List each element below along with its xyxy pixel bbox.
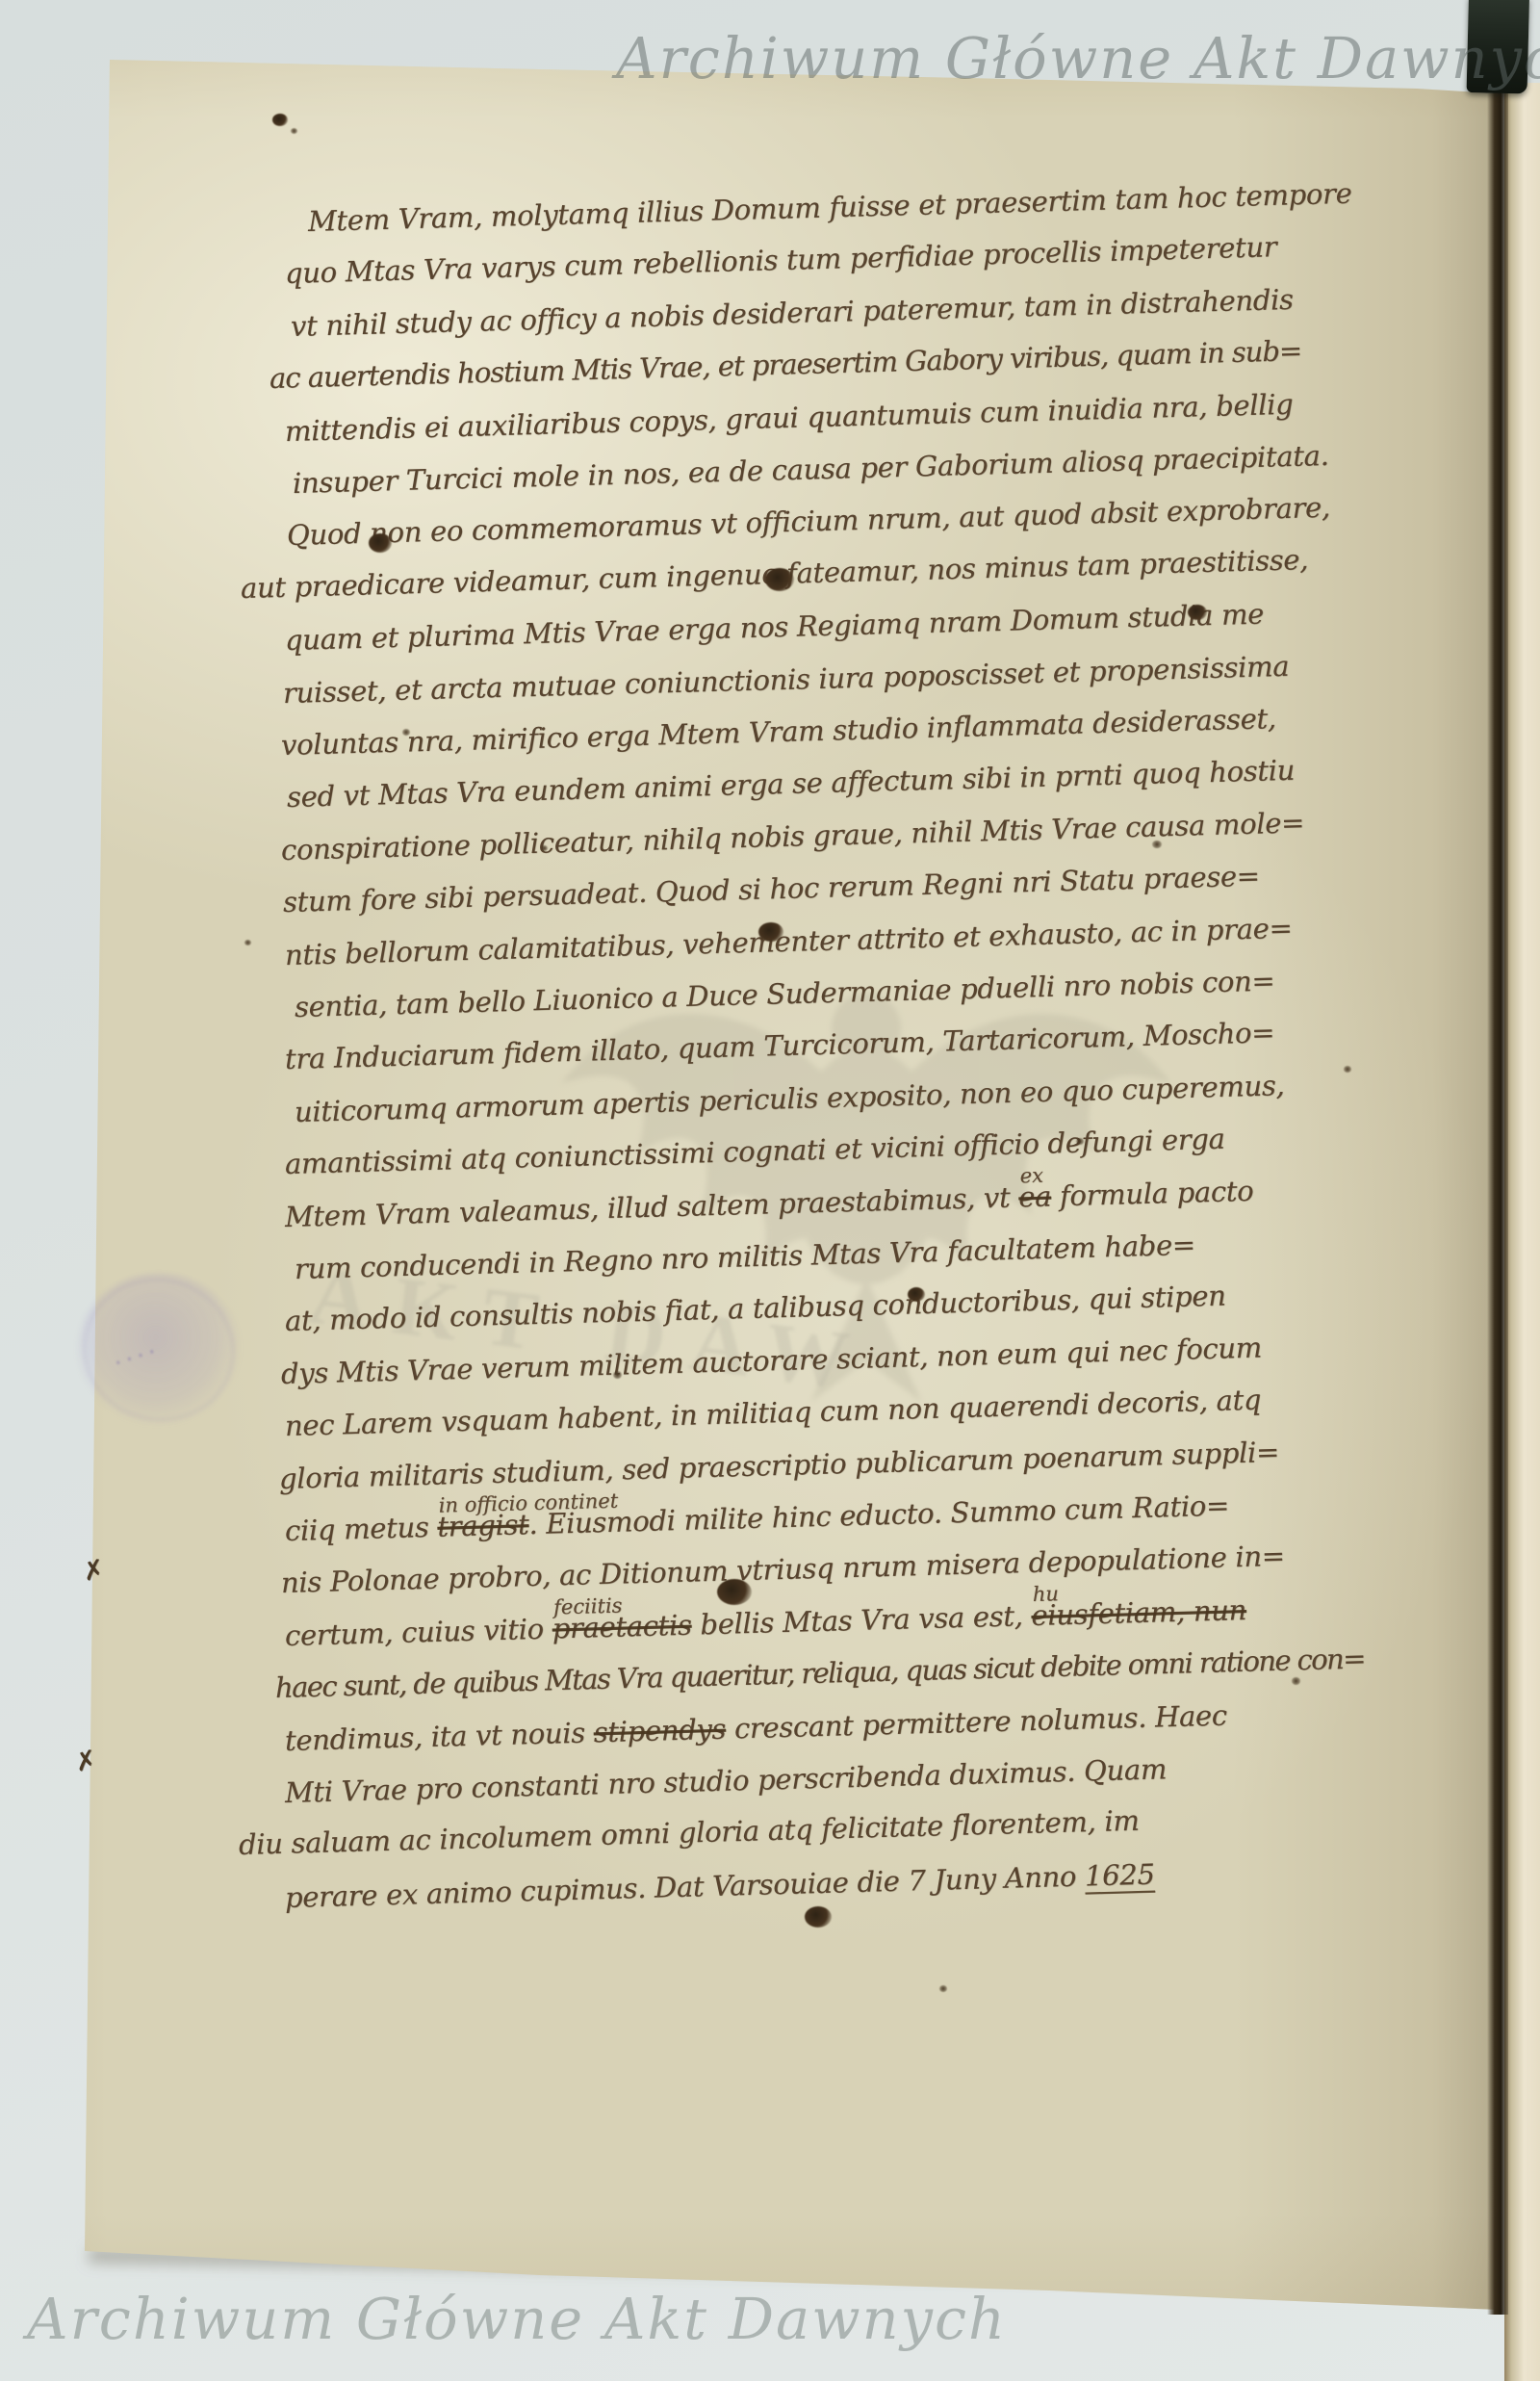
- ink-speck: [244, 940, 251, 945]
- ink-blot: [717, 1579, 752, 1605]
- ink-speck: [1344, 1066, 1351, 1073]
- manuscript-line: stum fore sibi persuadeat. Quod si hoc r…: [283, 860, 1261, 919]
- manuscript-line: gloria militaris studium, sed praescript…: [279, 1435, 1280, 1494]
- ink-blot: [1188, 605, 1207, 620]
- manuscript-line: sed vt Mtas Vra eundem animi erga se aff…: [287, 754, 1296, 814]
- ink-speck: [402, 729, 410, 736]
- ink-blot: [272, 114, 288, 126]
- ink-speck: [1076, 1138, 1084, 1145]
- ink-speck: [541, 845, 548, 851]
- manuscript-text: Mtem Vram, molytamq illius Domum fuisse …: [0, 0, 1540, 2381]
- interlinear-insertion: ex: [1019, 1163, 1043, 1187]
- interlinear-insertion: hu: [1032, 1582, 1059, 1606]
- manuscript-line: amantissimi atq coniunctissimi cognati e…: [285, 1123, 1225, 1180]
- ink-speck: [613, 1371, 622, 1379]
- manuscript-line: quam et plurima Mtis Vrae erga nos Regia…: [285, 598, 1265, 658]
- manuscript-line: tra Induciarum fidem illato, quam Turcic…: [285, 1017, 1275, 1076]
- interlinear-insertion: feciitis: [553, 1593, 623, 1618]
- scan-watermark-top: Archiwum Główne Akt Dawnych: [616, 25, 1540, 91]
- manuscript-line: ruisset, et arcta mutuae coniunctionis i…: [283, 649, 1290, 709]
- manuscript-line: rum conducendi in Regno nro militis Mtas…: [295, 1229, 1196, 1285]
- manuscript-line: haec sunt, de quibus Mtas Vra quaeritur,…: [275, 1643, 1366, 1705]
- ink-blot: [758, 922, 783, 942]
- manuscript-line: at, modo id consultis nobis fiat, a tali…: [285, 1280, 1226, 1337]
- manuscript-line: uiticorumq armorum apertis periculis exp…: [295, 1069, 1285, 1128]
- manuscript-line: Quod non eo commemoramus vt officium nru…: [287, 491, 1331, 552]
- manuscript-line: ac auertendis hostium Mtis Vrae, et prae…: [269, 334, 1302, 395]
- ink-speck: [291, 128, 297, 134]
- manuscript-line: mittendis ei auxiliaribus copys, graui q…: [285, 387, 1294, 447]
- ink-speck: [1152, 841, 1162, 848]
- manuscript-line: sentia, tam bello Liuonico a Duce Suderm…: [295, 964, 1275, 1023]
- manuscript-line: conspiratione polliceatur, nihilq nobis …: [281, 806, 1305, 867]
- manuscript-line: quo Mtas Vra varys cum rebellionis tum p…: [285, 231, 1277, 291]
- manuscript-line: certum, cuius vitio feciitispraetactis b…: [285, 1593, 1247, 1652]
- manuscript-line: ntis bellorum calamitatibus, vehementer …: [285, 911, 1293, 971]
- ink-speck: [1292, 1677, 1300, 1685]
- manuscript-line: Mti Vrae pro constanti nro studio perscr…: [285, 1752, 1168, 1809]
- manuscript-line: nis Polonae probro, ac Ditionum vtriusq …: [281, 1540, 1286, 1599]
- manuscript-line: ciiq metus in officio continettragist. E…: [285, 1488, 1230, 1547]
- manuscript-line: dys Mtis Vrae verum militem auctorare sc…: [281, 1331, 1263, 1390]
- manuscript-line: nec Larem vsquam habent, in militiaq cum…: [285, 1384, 1262, 1442]
- ink-speck: [939, 1985, 947, 1992]
- manuscript-line: perare ex animo cupimus. Dat Varsouiae d…: [285, 1857, 1155, 1913]
- manuscript-line: insuper Turcici mole in nos, ea de causa…: [293, 439, 1329, 500]
- ink-blot: [369, 533, 392, 553]
- interlinear-insertion: in officio continet: [438, 1489, 618, 1517]
- manuscript-line: Mtem Vram, molytamq illius Domum fuisse …: [308, 177, 1352, 238]
- ink-blot: [765, 568, 794, 591]
- manuscript-line: voluntas nra, mirifico erga Mtem Vram st…: [281, 702, 1277, 762]
- manuscript-line: vt nihil study ac officy a nobis desider…: [291, 283, 1294, 343]
- manuscript-line: Mtem Vram valeamus, illud saltem praesta…: [285, 1174, 1254, 1232]
- manuscript-line: tendimus, ita vt nouis stipendys crescan…: [285, 1698, 1228, 1756]
- ink-blot: [908, 1287, 925, 1302]
- scan-watermark-bottom: Archiwum Główne Akt Dawnych: [27, 2286, 1007, 2352]
- ink-blot: [805, 1906, 832, 1928]
- manuscript-line: diu saluam ac incolumem omni gloria atq …: [239, 1804, 1140, 1861]
